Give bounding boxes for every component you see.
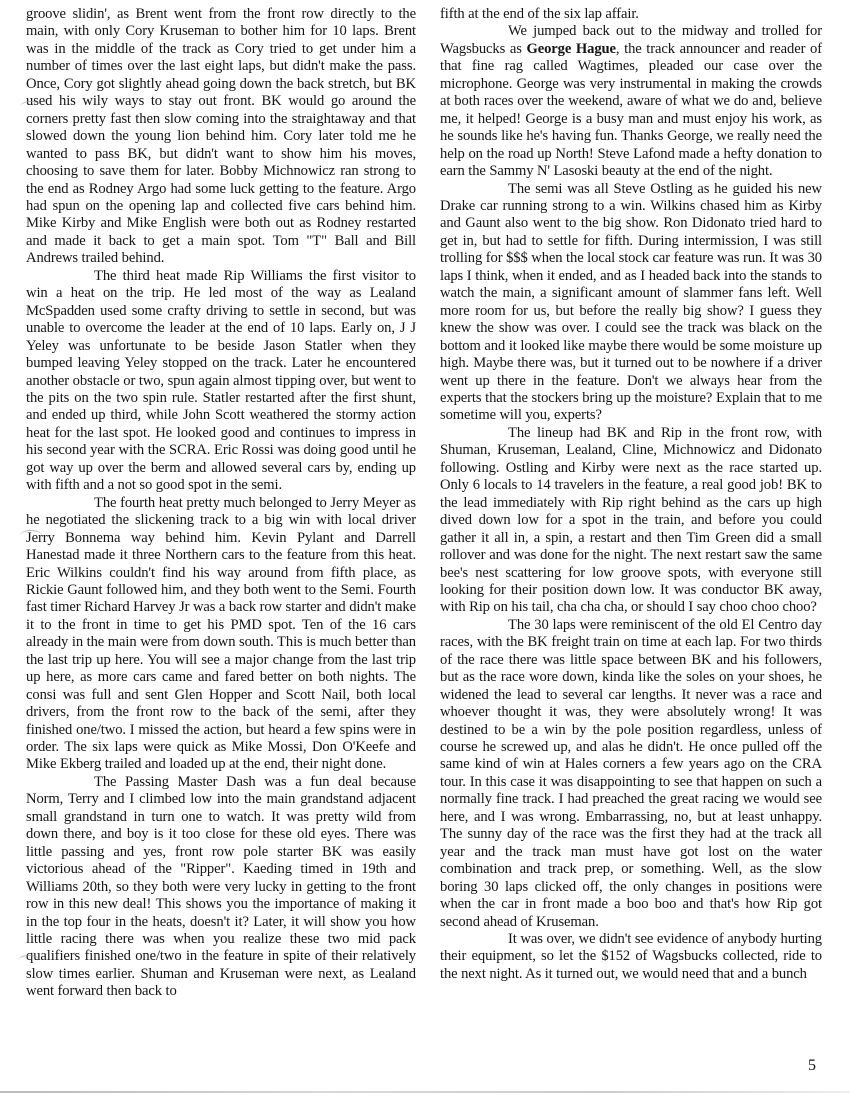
bottom-edge-rule xyxy=(0,1091,850,1093)
page-number: 5 xyxy=(808,1057,816,1075)
scan-artifact xyxy=(20,101,42,112)
paragraph: The 30 laps were reminiscent of the old … xyxy=(440,617,822,931)
paragraph: The third heat made Rip Williams the fir… xyxy=(26,268,416,495)
scan-artifact xyxy=(18,955,40,966)
scan-artifact xyxy=(20,530,42,541)
paragraph: groove slidin', as Brent went from the f… xyxy=(26,6,416,268)
paragraph: fifth at the end of the six lap affair. xyxy=(440,6,822,23)
document-page: groove slidin', as Brent went from the f… xyxy=(0,0,850,1100)
paragraph: It was over, we didn't see evidence of a… xyxy=(440,931,822,983)
paragraph: The fourth heat pretty much belonged to … xyxy=(26,495,416,774)
paragraph: The semi was all Steve Ostling as he gui… xyxy=(440,181,822,425)
announcer-name: George Hague xyxy=(526,41,615,57)
paragraph: The lineup had BK and Rip in the front r… xyxy=(440,425,822,617)
paragraph: The Passing Master Dash was a fun deal b… xyxy=(26,774,416,1001)
paragraph: We jumped back out to the midway and tro… xyxy=(440,23,822,180)
text-run: , the track announcer and reader of that… xyxy=(440,41,822,179)
right-column: fifth at the end of the six lap affair. … xyxy=(440,6,822,983)
left-column: groove slidin', as Brent went from the f… xyxy=(26,6,416,1001)
